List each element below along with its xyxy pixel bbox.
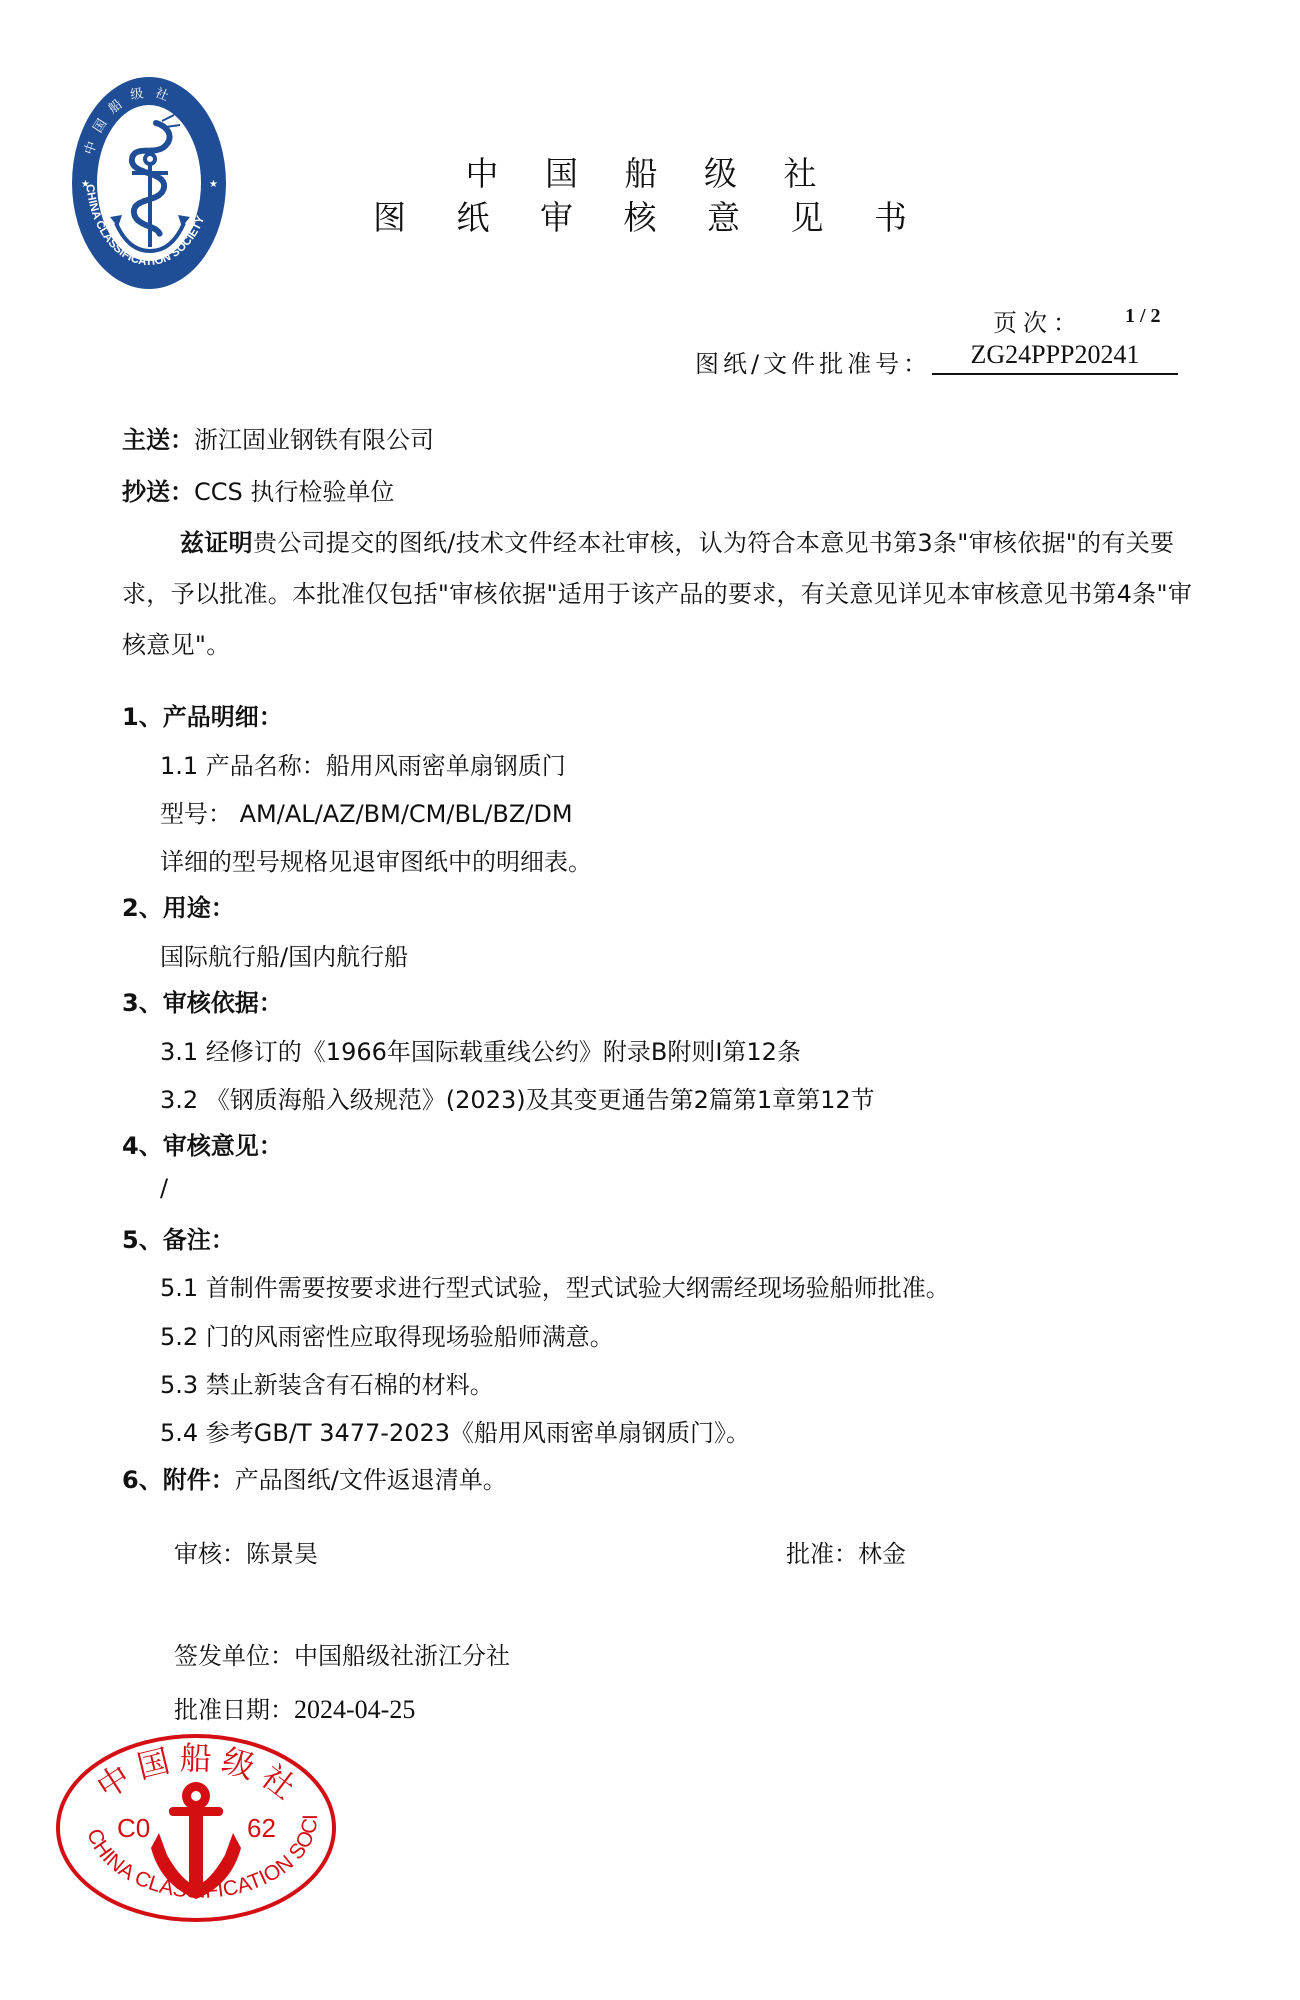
section-5-heading: 5、备注： [122,1220,235,1255]
basis-item: 3.2 《钢质海船入级规范》(2023)及其变更通告第2篇第1章第12节 [160,1080,875,1115]
reviewer-label: 审核： [174,1540,246,1568]
reviewer-name: 陈景昊 [246,1540,318,1568]
section-6-row: 6、附件：产品图纸/文件返退清单。 [122,1460,507,1495]
approval-number-label: 图纸/文件批准号： [695,344,931,379]
date-label: 批准日期： [174,1696,294,1724]
approver-row: 批准：林金 [786,1534,906,1569]
document-title: 图 纸 审 核 意 见 书 [0,192,1300,239]
approver-name: 林金 [858,1540,906,1568]
remark-item: 5.2 门的风雨密性应取得现场验船师满意。 [160,1317,614,1352]
remark-item: 5.1 首制件需要按要求进行型式试验，型式试验大纲需经现场验船师批准。 [160,1268,950,1303]
org-title: 中 国 船 级 社 [0,148,1300,195]
product-name: 1.1 产品名称：船用风雨密单扇钢质门 [160,746,566,781]
certification-paragraph: 兹证明贵公司提交的图纸/技术文件经本社审核，认为符合本意见书第3条"审核依据"的… [122,518,1202,671]
date-row: 批准日期：2024-04-25 [174,1690,415,1725]
to-row: 主送：浙江固业钢铁有限公司 [122,420,434,455]
page-number: 1 / 2 [1125,305,1161,328]
issuer-label: 签发单位： [174,1642,294,1670]
cc-row: 抄送：CCS 执行检验单位 [122,472,394,507]
to-label: 主送： [122,426,194,454]
svg-text:62: 62 [247,1813,276,1843]
review-opinion: / [160,1174,168,1202]
certification-text: 贵公司提交的图纸/技术文件经本社审核，认为符合本意见书第3条"审核依据"的有关要… [122,529,1192,659]
section-6-heading: 6、附件： [122,1466,235,1494]
cc-label: 抄送： [122,478,194,506]
approval-number: ZG24PPP20241 [932,340,1178,375]
official-seal: 中国船级社 CHINA CLASSIFICATION SOCIETY C0 62 [55,1733,337,1923]
approver-label: 批准： [786,1540,858,1568]
section-3-heading: 3、审核依据： [122,983,283,1018]
issuer-name: 中国船级社浙江分社 [294,1642,510,1670]
remark-item: 5.3 禁止新装含有石棉的材料。 [160,1365,494,1400]
cc-value: CCS 执行检验单位 [194,478,394,506]
certification-lead: 兹证明 [180,529,253,557]
reviewer-row: 审核：陈景昊 [174,1534,318,1569]
to-value: 浙江固业钢铁有限公司 [194,426,434,454]
page-label: 页次： [993,303,1083,338]
approval-date: 2024-04-25 [294,1695,415,1724]
product-model: 型号： AM/AL/AZ/BM/CM/BL/BZ/DM [160,794,573,829]
attachment-text: 产品图纸/文件返退清单。 [235,1466,507,1494]
usage-text: 国际航行船/国内航行船 [160,937,408,972]
product-detail: 详细的型号规格见退审图纸中的明细表。 [160,842,592,877]
remark-item: 5.4 参考GB/T 3477-2023《船用风雨密单扇钢质门》。 [160,1413,750,1448]
basis-item: 3.1 经修订的《1966年国际载重线公约》附录B附则I第12条 [160,1032,801,1067]
section-1-heading: 1、产品明细： [122,697,283,732]
section-2-heading: 2、用途： [122,888,235,923]
issuer-row: 签发单位：中国船级社浙江分社 [174,1636,510,1671]
anchor-seal-icon: 中国船级社 CHINA CLASSIFICATION SOCIETY C0 62 [55,1733,337,1923]
section-4-heading: 4、审核意见： [122,1126,283,1161]
svg-text:C0: C0 [117,1813,150,1843]
